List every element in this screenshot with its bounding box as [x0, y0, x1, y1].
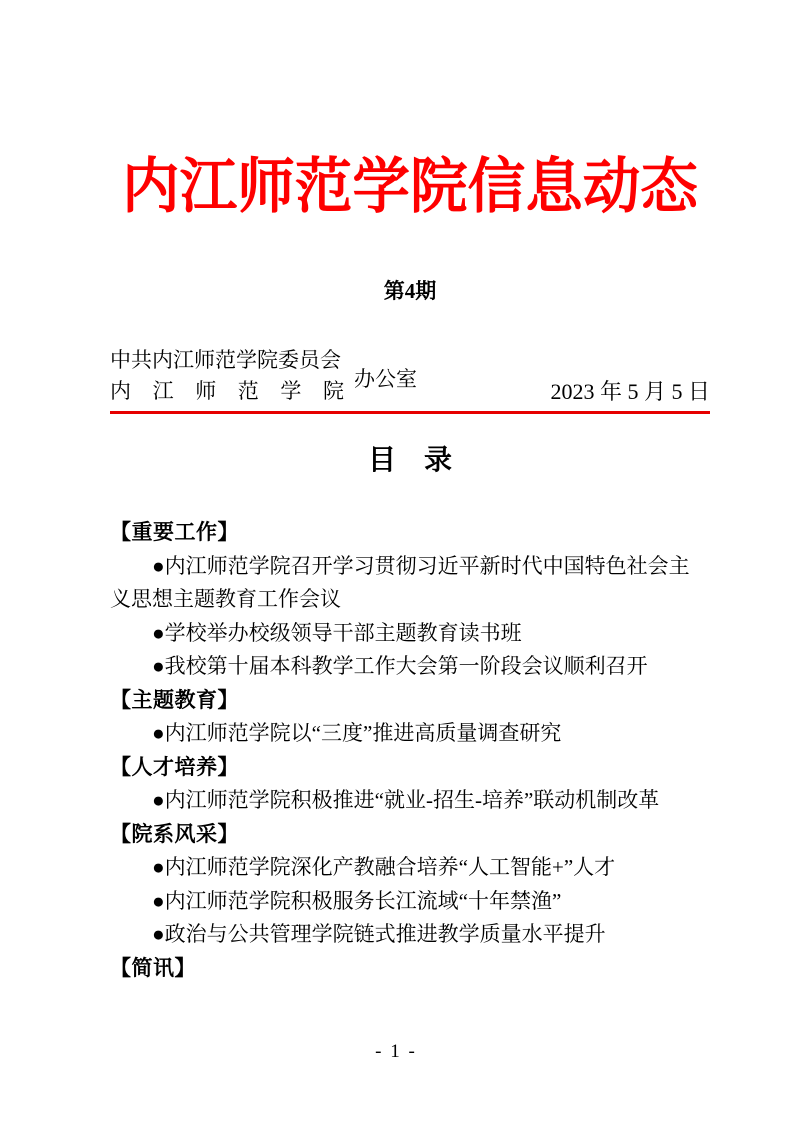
toc-heading: 目 录 — [110, 440, 710, 480]
publisher-line-university: 内 江 师 范 学 院 — [110, 376, 344, 407]
toc-item: ●内江师范学院召开学习贯彻习近平新时代中国特色社会主义思想主题教育工作会议 — [110, 550, 710, 617]
page-number: - 1 - — [0, 1041, 792, 1063]
publisher-block: 中共内江师范学院委员会 内 江 师 范 学 院 办公室 2023 年 5 月 5… — [110, 345, 710, 407]
toc-section-important-work: 【重要工作】 — [110, 516, 710, 550]
toc-item: ●我校第十届本科教学工作大会第一阶段会议顺利召开 — [110, 650, 710, 684]
toc-section-briefs: 【简讯】 — [110, 952, 710, 986]
toc-item: ●内江师范学院积极服务长江流域“十年禁渔” — [110, 885, 710, 919]
document-page: 内江师范学院信息动态 第4期 中共内江师范学院委员会 内 江 师 范 学 院 办… — [0, 0, 792, 1121]
issue-number: 第4期 — [110, 278, 710, 304]
newsletter-title: 内江师范学院信息动态 — [122, 150, 698, 224]
toc-section-theme-education: 【主题教育】 — [110, 684, 710, 718]
toc-item: ●政治与公共管理学院链式推进教学质量水平提升 — [110, 918, 710, 952]
toc-item: ●内江师范学院以“三度”推进高质量调查研究 — [110, 717, 710, 751]
toc-section-department-highlights: 【院系风采】 — [110, 818, 710, 852]
publication-date: 2023 年 5 月 5 日 — [550, 376, 710, 407]
toc-item: ●学校举办校级领导干部主题教育读书班 — [110, 617, 710, 651]
table-of-contents: 【重要工作】 ●内江师范学院召开学习贯彻习近平新时代中国特色社会主义思想主题教育… — [110, 516, 710, 985]
toc-item: ●内江师范学院深化产教融合培养“人工智能+”人才 — [110, 851, 710, 885]
toc-item: ●内江师范学院积极推进“就业-招生-培养”联动机制改革 — [110, 784, 710, 818]
red-divider-rule — [110, 411, 710, 414]
publisher-line-committee: 中共内江师范学院委员会 — [110, 345, 344, 376]
toc-section-talent-cultivation: 【人才培养】 — [110, 751, 710, 785]
publisher-office-label: 办公室 — [354, 363, 417, 390]
publisher-names: 中共内江师范学院委员会 内 江 师 范 学 院 — [110, 345, 344, 407]
